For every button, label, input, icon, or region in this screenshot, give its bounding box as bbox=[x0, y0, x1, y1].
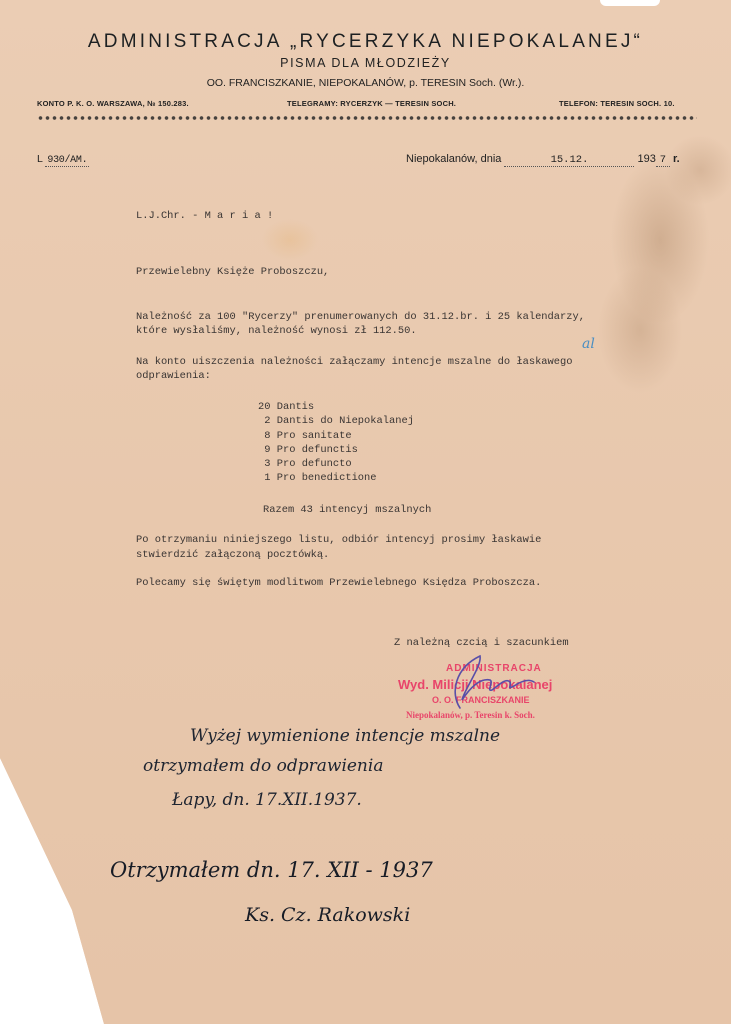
intentions-list: 20 Dantis 2 Dantis do Niepokalanej 8 Pro… bbox=[258, 400, 414, 486]
ornamental-divider bbox=[37, 114, 697, 122]
paragraph-2-line-1: Na konto uiszczenia należności załączamy… bbox=[136, 355, 572, 370]
telegram-address: TELEGRAMY: RYCERZYK — TERESIN SOCH. bbox=[287, 99, 456, 108]
intention-item: 2 Dantis do Niepokalanej bbox=[258, 414, 414, 428]
intentions-total: Razem 43 intencyj mszalnych bbox=[263, 503, 431, 518]
greeting-header: L.J.Chr. - M a r i a ! bbox=[136, 209, 273, 224]
year-prefix: 193 bbox=[638, 153, 656, 165]
handwritten-signature: Ks. Cz. Rakowski bbox=[245, 904, 410, 926]
phone-number: TELEFON: TERESIN SOCH. 10. bbox=[559, 99, 675, 108]
intention-item: 9 Pro defunctis bbox=[258, 443, 414, 457]
dateline: Niepokalanów, dnia 15.12. 1937 r. bbox=[406, 153, 680, 167]
letterhead-title: ADMINISTRACJA „RYCERZYKA NIEPOKALANEJ“ bbox=[0, 31, 731, 53]
intention-item: 20 Dantis bbox=[258, 400, 414, 414]
year-suffix: 7 bbox=[656, 154, 670, 167]
place-label: Niepokalanów, dnia bbox=[406, 153, 501, 165]
letterhead-subtitle: PISMA DLA MŁODZIEŻY bbox=[0, 56, 731, 70]
handwritten-note-1-line-2: otrzymałem do odprawienia bbox=[143, 756, 383, 776]
intention-item: 8 Pro sanitate bbox=[258, 429, 414, 443]
bank-account: KONTO P. K. O. WARSZAWA, № 150.283. bbox=[37, 99, 189, 108]
intention-item: 3 Pro defuncto bbox=[258, 457, 414, 471]
letter-paper: ADMINISTRACJA „RYCERZYKA NIEPOKALANEJ“ P… bbox=[0, 0, 731, 1024]
paper-tear bbox=[600, 0, 660, 6]
paragraph-3-line-1: Po otrzymaniu niniejszego listu, odbiór … bbox=[136, 533, 541, 548]
handwritten-note-2-line-1: Otrzymałem dn. 17. XII - 1937 bbox=[110, 858, 433, 882]
letterhead-contacts: KONTO P. K. O. WARSZAWA, № 150.283. TELE… bbox=[37, 99, 697, 111]
handwritten-note-1-line-1: Wyżej wymienione intencje mszalne bbox=[190, 726, 500, 746]
reference-value: 930/AM. bbox=[45, 155, 89, 167]
paragraph-3-line-2: stwierdzić załączoną pocztówką. bbox=[136, 548, 329, 563]
reference-number: L 930/AM. bbox=[37, 153, 89, 166]
paragraph-1-line-2: które wysłaliśmy, należność wynosi zł 11… bbox=[136, 324, 417, 339]
paragraph-2-line-2: odprawienia: bbox=[136, 369, 211, 384]
paragraph-1-line-1: Należność za 100 "Rycerzy" prenumerowany… bbox=[136, 310, 585, 325]
date-day-month: 15.12. bbox=[504, 154, 634, 167]
paragraph-4: Polecamy się świętym modlitwom Przewiele… bbox=[136, 576, 541, 591]
intention-item: 1 Pro benedictione bbox=[258, 471, 414, 485]
salutation: Przewielebny Księże Proboszczu, bbox=[136, 265, 329, 280]
handwritten-note-1-line-3: Łapy, dn. 17.XII.1937. bbox=[172, 790, 362, 810]
letterhead-address: OO. FRANCISZKANIE, NIEPOKALANÓW, p. TERE… bbox=[0, 77, 731, 89]
signature-scribble-icon bbox=[420, 648, 550, 718]
margin-note: al bbox=[582, 336, 595, 352]
